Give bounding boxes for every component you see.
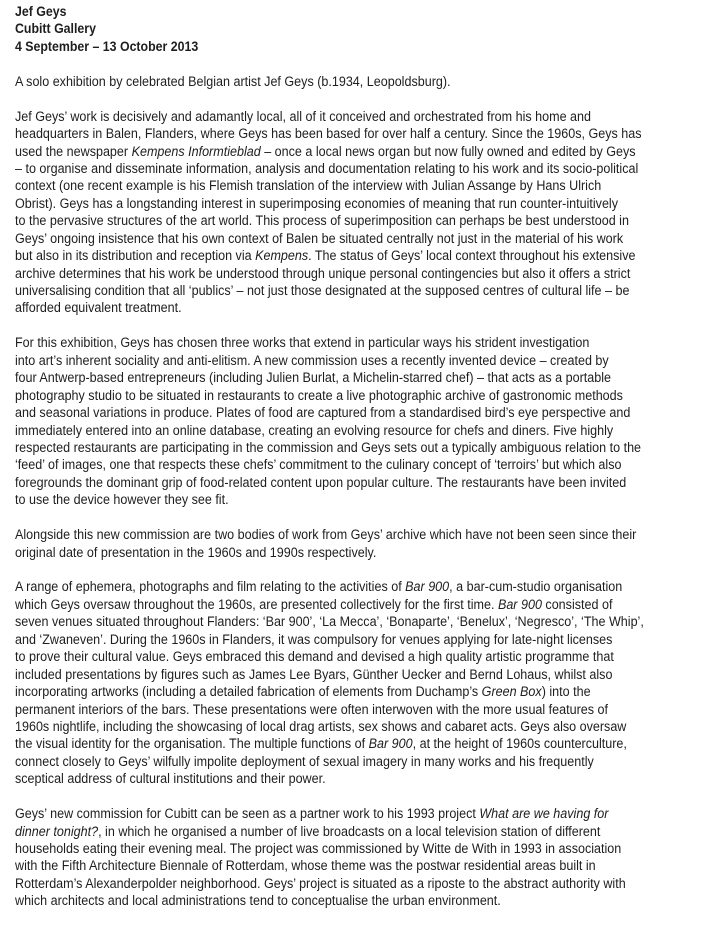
text-line: original date of presentation in the 196… bbox=[15, 545, 635, 562]
text-line: For this exhibition, Geys has chosen thr… bbox=[15, 335, 635, 352]
text-line: the visual identity for the organisation… bbox=[15, 736, 635, 753]
paragraph: A solo exhibition by celebrated Belgian … bbox=[15, 74, 715, 91]
text-line: archive determines that his work be unde… bbox=[15, 266, 635, 283]
text-run: , a bar-cum-studio organisation bbox=[449, 579, 622, 595]
paragraph: For this exhibition, Geys has chosen thr… bbox=[15, 335, 715, 509]
text-run: connect closely to Geys’ wilfully impoli… bbox=[15, 754, 594, 770]
text-line: headquarters in Balen, Flanders, where G… bbox=[15, 126, 635, 143]
text-run: context (one recent example is his Flemi… bbox=[15, 178, 601, 194]
text-run: – once a local news organ but now fully … bbox=[261, 144, 636, 160]
text-line: A solo exhibition by celebrated Belgian … bbox=[15, 74, 635, 91]
text-run: incorporating artworks (including a deta… bbox=[15, 684, 482, 700]
text-line: afforded equivalent treatment. bbox=[15, 300, 635, 317]
text-run: archive determines that his work be unde… bbox=[15, 266, 630, 282]
text-line: households eating their evening meal. Th… bbox=[15, 841, 635, 858]
text-line: to the pervasive structures of the art w… bbox=[15, 213, 635, 230]
text-line: foregrounds the dominant grip of food-re… bbox=[15, 475, 635, 492]
text-line: Obrist). Geys has a longstanding interes… bbox=[15, 196, 635, 213]
text-line: which architects and local administratio… bbox=[15, 893, 635, 910]
text-line: Alongside this new commission are two bo… bbox=[15, 527, 635, 544]
text-run: – to organise and disseminate informatio… bbox=[15, 161, 638, 177]
text-run: ‘feed’ of images, one that respects thes… bbox=[15, 457, 621, 473]
text-line: context (one recent example is his Flemi… bbox=[15, 178, 635, 195]
text-line: four Antwerp-based entrepreneurs (includ… bbox=[15, 370, 635, 387]
text-run: with the Fifth Architecture Biennale of … bbox=[15, 858, 596, 874]
text-line: used the newspaper Kempens Informtieblad… bbox=[15, 144, 635, 161]
paragraph-spacer bbox=[15, 789, 715, 806]
text-run: included presentations by figures such a… bbox=[15, 667, 612, 683]
text-run: afforded equivalent treatment. bbox=[15, 300, 182, 316]
text-run: ) into the bbox=[542, 684, 591, 700]
italic-title: Kempens Informtieblad bbox=[132, 144, 261, 160]
text-run: Geys’ new commission for Cubitt can be s… bbox=[15, 806, 479, 822]
text-line: photography studio to be situated in res… bbox=[15, 388, 635, 405]
text-run: Jef Geys’ work is decisively and adamant… bbox=[15, 109, 591, 125]
text-run: four Antwerp-based entrepreneurs (includ… bbox=[15, 370, 611, 386]
text-run: Obrist). Geys has a longstanding interes… bbox=[15, 196, 618, 212]
text-run: consisted of bbox=[542, 597, 612, 613]
text-run: universalising condition that all ‘publi… bbox=[15, 283, 629, 299]
italic-title: What are we having for bbox=[479, 806, 608, 822]
text-run: , in which he organised a number of live… bbox=[98, 824, 600, 840]
text-line: Geys’ new commission for Cubitt can be s… bbox=[15, 806, 635, 823]
text-run: Geys’ ongoing insistence that his own co… bbox=[15, 231, 623, 247]
paragraph-spacer bbox=[15, 510, 715, 527]
italic-title: Green Box bbox=[482, 684, 542, 700]
text-run: 1960s nightlife, including the showcasin… bbox=[15, 719, 626, 735]
text-line: and ‘Zwaneven’. During the 1960s in Flan… bbox=[15, 632, 635, 649]
text-line: to use the device however they see fit. bbox=[15, 492, 635, 509]
text-line: Rotterdam’s Alexanderpolder neighborhood… bbox=[15, 876, 635, 893]
text-run: used the newspaper bbox=[15, 144, 132, 160]
text-run: which Geys oversaw throughout the 1960s,… bbox=[15, 597, 498, 613]
text-run: the visual identity for the organisation… bbox=[15, 736, 369, 752]
paragraph: Jef Geys’ work is decisively and adamant… bbox=[15, 109, 715, 318]
text-line: seven venues situated throughout Flander… bbox=[15, 614, 635, 631]
artist-name: Jef Geys bbox=[15, 4, 624, 21]
text-run: immediately entered into an online datab… bbox=[15, 423, 613, 439]
paragraph: A range of ephemera, photographs and fil… bbox=[15, 579, 715, 788]
text-run: into art’s inherent sociality and anti-e… bbox=[15, 353, 609, 369]
text-run: which architects and local administratio… bbox=[15, 893, 501, 909]
text-run: A solo exhibition by celebrated Belgian … bbox=[15, 74, 451, 90]
italic-title: Bar 900 bbox=[405, 579, 449, 595]
paragraph-spacer bbox=[15, 91, 715, 108]
italic-title: Bar 900 bbox=[369, 736, 413, 752]
text-line: into art’s inherent sociality and anti-e… bbox=[15, 353, 635, 370]
text-run: seven venues situated throughout Flander… bbox=[15, 614, 644, 630]
text-run: photography studio to be situated in res… bbox=[15, 388, 623, 404]
text-run: and ‘Zwaneven’. During the 1960s in Flan… bbox=[15, 632, 612, 648]
text-line: dinner tonight?, in which he organised a… bbox=[15, 824, 635, 841]
exhibition-header: Jef Geys Cubitt Gallery 4 September – 13… bbox=[15, 4, 715, 56]
text-run: Rotterdam’s Alexanderpolder neighborhood… bbox=[15, 876, 626, 892]
text-line: which Geys oversaw throughout the 1960s,… bbox=[15, 597, 635, 614]
text-run: to use the device however they see fit. bbox=[15, 492, 229, 508]
text-line: but also in its distribution and recepti… bbox=[15, 248, 635, 265]
text-line: immediately entered into an online datab… bbox=[15, 423, 635, 440]
text-line: – to organise and disseminate informatio… bbox=[15, 161, 635, 178]
text-run: to the pervasive structures of the art w… bbox=[15, 213, 629, 229]
text-run: foregrounds the dominant grip of food-re… bbox=[15, 475, 626, 491]
text-line: to prove their cultural value. Geys embr… bbox=[15, 649, 635, 666]
text-line: universalising condition that all ‘publi… bbox=[15, 283, 635, 300]
text-run: For this exhibition, Geys has chosen thr… bbox=[15, 335, 589, 351]
paragraph-spacer bbox=[15, 562, 715, 579]
text-line: and seasonal variations in produce. Plat… bbox=[15, 405, 635, 422]
text-run: but also in its distribution and recepti… bbox=[15, 248, 255, 264]
text-run: permanent interiors of the bars. These p… bbox=[15, 702, 608, 718]
text-run: A range of ephemera, photographs and fil… bbox=[15, 579, 405, 595]
text-line: 1960s nightlife, including the showcasin… bbox=[15, 719, 635, 736]
italic-title: dinner tonight? bbox=[15, 824, 98, 840]
text-run: . The status of Geys’ local context thro… bbox=[308, 248, 635, 264]
paragraph: Geys’ new commission for Cubitt can be s… bbox=[15, 806, 715, 911]
text-line: included presentations by figures such a… bbox=[15, 667, 635, 684]
text-run: respected restaurants are participating … bbox=[15, 440, 641, 456]
text-run: to prove their cultural value. Geys embr… bbox=[15, 649, 614, 665]
text-line: respected restaurants are participating … bbox=[15, 440, 635, 457]
text-line: Jef Geys’ work is decisively and adamant… bbox=[15, 109, 635, 126]
text-run: sceptical address of cultural institutio… bbox=[15, 771, 326, 787]
text-run: headquarters in Balen, Flanders, where G… bbox=[15, 126, 642, 142]
text-line: incorporating artworks (including a deta… bbox=[15, 684, 635, 701]
text-line: ‘feed’ of images, one that respects thes… bbox=[15, 457, 635, 474]
paragraph: Alongside this new commission are two bo… bbox=[15, 527, 715, 562]
paragraph-spacer bbox=[15, 56, 715, 73]
text-line: sceptical address of cultural institutio… bbox=[15, 771, 635, 788]
text-line: with the Fifth Architecture Biennale of … bbox=[15, 858, 635, 875]
italic-title: Kempens bbox=[255, 248, 308, 264]
italic-title: Bar 900 bbox=[498, 597, 542, 613]
press-release-document: Jef Geys Cubitt Gallery 4 September – 13… bbox=[15, 4, 715, 911]
text-run: households eating their evening meal. Th… bbox=[15, 841, 621, 857]
text-run: original date of presentation in the 196… bbox=[15, 545, 376, 561]
text-run: and seasonal variations in produce. Plat… bbox=[15, 405, 630, 421]
text-run: Alongside this new commission are two bo… bbox=[15, 527, 636, 543]
text-line: permanent interiors of the bars. These p… bbox=[15, 702, 635, 719]
text-line: A range of ephemera, photographs and fil… bbox=[15, 579, 635, 596]
venue-name: Cubitt Gallery bbox=[15, 21, 624, 38]
paragraph-spacer bbox=[15, 318, 715, 335]
text-run: , at the height of 1960s counterculture, bbox=[413, 736, 627, 752]
text-line: Geys’ ongoing insistence that his own co… bbox=[15, 231, 635, 248]
body-text: A solo exhibition by celebrated Belgian … bbox=[15, 56, 715, 910]
exhibition-dates: 4 September – 13 October 2013 bbox=[15, 39, 624, 56]
text-line: connect closely to Geys’ wilfully impoli… bbox=[15, 754, 635, 771]
